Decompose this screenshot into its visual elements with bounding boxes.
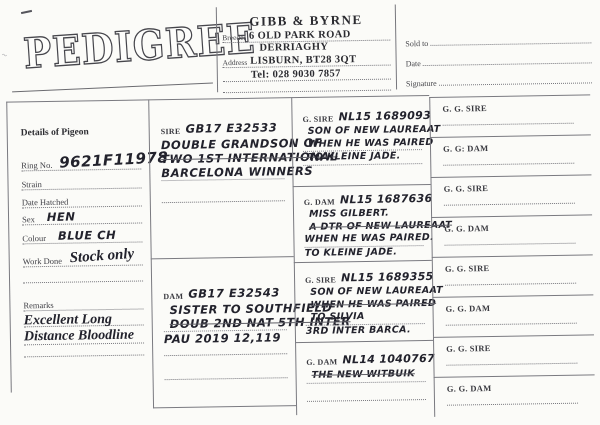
breeder-label: Breeder: [222, 33, 249, 42]
work-done-label: Work Done: [23, 256, 66, 267]
gg-dam-cell-1: G. G: DAM: [430, 134, 592, 177]
work-done-value: Stock only: [69, 246, 135, 267]
gg-sire-label: G. G. SIRE: [446, 342, 582, 354]
gg-entry-line: [443, 162, 574, 166]
signature-label: Signature: [406, 79, 439, 89]
blank-dotted-line: [307, 398, 426, 402]
page-title: PEDIGREE: [22, 15, 225, 78]
g-note: WHEN HE WAS PAIRED: [305, 298, 424, 312]
date-hatched-row: Date Hatched: [22, 188, 142, 208]
strain-row: Strain: [21, 169, 141, 190]
gg-dam-cell-2: G. G. DAM: [431, 214, 593, 257]
g-dam-ring-row: G. DAM NL14 1040767: [306, 352, 425, 367]
gg-entry-line: [443, 122, 574, 126]
pedigree-certificate: ~ PEDIGREE GIBB & BYRNE Breeder 6 OLD PA…: [0, 0, 600, 425]
details-section-title: Details of Pigeon: [21, 126, 141, 140]
g-sire-ring: NL15 1689355: [341, 270, 434, 284]
g-note: SON OF NEW LAUREAAT: [305, 285, 424, 299]
g-note: TO KLEINE JADE.: [303, 150, 422, 165]
gg-sire-label: G. G. SIRE: [444, 182, 580, 194]
breeder-address-line2: DERRIAGHY: [259, 42, 328, 54]
g-note: THE NEW WITBUIK: [306, 368, 425, 383]
g-sire-label: G. SIRE: [305, 275, 341, 285]
g-dam-ring-row: G. DAM NL15 1687636: [304, 192, 423, 207]
sold-block: Sold to Date Signature: [405, 25, 592, 88]
sire-label: SIRE: [161, 127, 186, 136]
sire-ring: GB17 E32533: [185, 120, 277, 135]
g-dam-ring: NL14 1040767: [342, 352, 435, 366]
sex-value: HEN: [47, 210, 76, 224]
sex-label: Sex: [22, 214, 39, 224]
sex-row: Sex HEN: [22, 206, 142, 225]
breeder-address-line1: 6 OLD PARK ROAD: [249, 29, 351, 42]
g-note: SON OF NEW LAUREAAT: [303, 124, 422, 138]
remarks-label: Remarks: [23, 300, 57, 311]
dam-label: DAM: [163, 292, 188, 301]
dam-ring: GB17 E32543: [188, 285, 280, 300]
signature-line: [439, 81, 592, 85]
gg-entry-line: [445, 242, 576, 246]
gg-sire-cell-4: G. G. SIRE: [433, 334, 595, 377]
gg-dam-label: G. G. DAM: [444, 222, 580, 234]
title-underline: [12, 83, 213, 93]
gg-entry-line: [444, 202, 575, 206]
blank-dotted-line: [24, 343, 144, 357]
remarks-line-2: Distance Bloodline: [24, 325, 144, 345]
g-dam-section-1: G. DAM NL15 1687636 MISS GILBERT. A DTR …: [293, 184, 432, 262]
address-label: Address: [223, 58, 251, 67]
g-dam-label: G. DAM: [306, 357, 342, 367]
g-sire-ring-row: G. SIRE NL15 1689355: [305, 270, 424, 285]
details-of-pigeon-section: Details of Pigeon Ring No. 9621F11978 St…: [6, 99, 153, 392]
blank-dotted-line: [162, 199, 285, 203]
g-note: 3RD INTER BARCA.: [306, 324, 425, 338]
remarks-line-1: Excellent Long: [24, 309, 144, 327]
gg-dam-label: G. G: DAM: [443, 142, 579, 154]
gg-sire-cell-3: G. G. SIRE: [432, 254, 594, 297]
breeder-address-line3: LISBURN, BT28 3QT: [250, 54, 356, 67]
sire-ring-row: SIRE GB17 E32533: [161, 120, 284, 136]
colour-value: BLUE CH: [58, 228, 116, 243]
g-note: TO KLEINE JADE.: [305, 246, 424, 260]
g-sire-section-1: G. SIRE NL15 1689093 SON OF NEW LAUREAAT…: [291, 95, 430, 186]
dam-section: DAM GB17 E32543 SISTER TO SOUTHFIELD DOU…: [151, 256, 296, 408]
header-divider-right: [395, 4, 397, 89]
breeder-address-block: GIBB & BYRNE Breeder 6 OLD PARK ROAD DER…: [222, 12, 391, 94]
gg-sire-cell-1: G. G. SIRE: [429, 94, 591, 137]
dam-ring-row: DAM GB17 E32543: [163, 285, 286, 301]
gg-sire-cell-2: G. G. SIRE: [430, 174, 592, 217]
colour-label: Colour: [22, 233, 50, 243]
date-label: Date: [406, 59, 423, 68]
breeder-phone: Tel: 028 9030 7857: [251, 68, 341, 80]
g-sire-label: G. SIRE: [302, 114, 338, 124]
gg-entry-line: [447, 402, 578, 406]
sire-section: SIRE GB17 E32533 DOUBLE GRANDSON OF TWO …: [148, 97, 293, 258]
ring-no-label: Ring No.: [21, 160, 56, 171]
blank-dotted-line: [164, 352, 287, 356]
gg-dam-cell-4: G. G. DAM: [434, 374, 596, 417]
gg-dam-label: G. G. DAM: [447, 382, 583, 394]
strain-label: Strain: [21, 179, 45, 189]
sire-note: BARCELONA WINNERS: [161, 164, 284, 181]
blank-dotted-line: [165, 376, 288, 380]
gg-entry-line: [445, 282, 576, 286]
gg-dam-cell-3: G. G. DAM: [432, 294, 594, 337]
gg-entry-line: [446, 322, 577, 326]
gg-sire-label: G. G. SIRE: [442, 102, 578, 114]
g-dam-section-2: G. DAM NL14 1040767 THE NEW WITBUIK: [295, 340, 434, 415]
ring-no-row: Ring No. 9621F11978: [21, 146, 141, 171]
work-done-row: Work Done Stock only: [22, 242, 142, 267]
blank-row: [23, 265, 143, 283]
gg-sire-label: G. G. SIRE: [445, 262, 581, 274]
pedigree-form: PEDIGREE GIBB & BYRNE Breeder 6 OLD PARK…: [0, 0, 600, 425]
gg-entry-line: [446, 362, 577, 366]
dam-note: PAU 2019 12,119: [164, 330, 287, 346]
g-sire-ring-row: G. SIRE NL15 1689093: [302, 109, 421, 124]
g-sire-ring: NL15 1689093: [338, 109, 431, 123]
g-sire-section-2: G. SIRE NL15 1689355 SON OF NEW LAUREAAT…: [294, 260, 433, 342]
g-dam-label: G. DAM: [304, 197, 340, 207]
date-hatched-label: Date Hatched: [22, 197, 73, 208]
colour-row: Colour BLUE CH: [22, 223, 142, 244]
gg-dam-label: G. G. DAM: [445, 302, 581, 314]
signature-row: Signature: [406, 65, 592, 88]
g-dam-ring: NL15 1687636: [340, 192, 433, 206]
sold-to-label: Sold to: [405, 39, 430, 48]
blank-dotted-row: [223, 80, 391, 94]
